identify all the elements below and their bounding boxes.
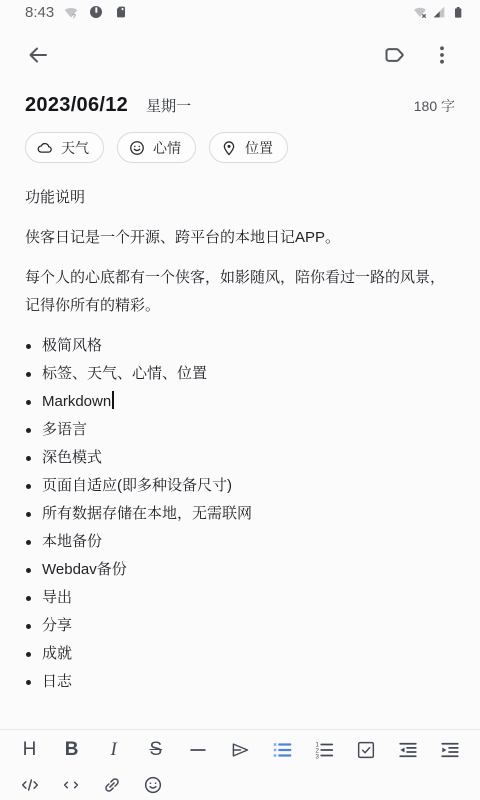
italic-button[interactable]: I <box>93 734 134 767</box>
emoji-icon <box>142 774 164 796</box>
format-toolbar-row1: H B I S <box>9 732 471 768</box>
cloud-icon <box>36 139 54 157</box>
note-bullet-list: 极简风格 标签、天气、心情、位置 Markdown 多语言 深色模式 页面自适应… <box>25 332 455 696</box>
checkbox-button[interactable] <box>346 734 387 767</box>
note-paragraph[interactable]: 功能说明 <box>25 184 455 212</box>
format-toolbar-row2 <box>9 768 471 800</box>
weather-chip[interactable]: 天气 <box>25 132 104 163</box>
svg-text:3: 3 <box>316 753 320 760</box>
list-item[interactable]: 日志 <box>25 668 455 696</box>
note-editor[interactable]: 功能说明 侠客日记是一个开源、跨平台的本地日记APP。 每个人的心底都有一个侠客… <box>0 184 480 696</box>
inline-code-icon <box>60 774 82 796</box>
more-vert-icon <box>430 43 454 67</box>
list-item[interactable]: 本地备份 <box>25 528 455 556</box>
entry-date[interactable]: 2023/06/12 <box>25 94 128 117</box>
strikethrough-button[interactable]: S <box>135 734 176 767</box>
location-icon <box>220 139 238 157</box>
checkbox-icon <box>355 739 377 761</box>
indent-icon <box>439 739 461 761</box>
code-block-button[interactable] <box>9 768 50 800</box>
horizontal-rule-icon <box>187 739 209 761</box>
word-count: 180 字 <box>414 96 455 116</box>
entry-weekday: 星期一 <box>146 95 191 116</box>
back-button[interactable] <box>18 35 58 75</box>
list-item[interactable]: 极简风格 <box>25 332 455 360</box>
app-notification-icon <box>88 4 104 20</box>
wifi-unknown-icon: ? <box>63 4 79 20</box>
overflow-menu-button[interactable] <box>422 35 462 75</box>
status-bar: 8:43 ? <box>0 0 480 24</box>
bullet-list-icon <box>271 739 293 761</box>
bold-icon: B <box>65 739 79 761</box>
list-item[interactable]: 深色模式 <box>25 444 455 472</box>
horizontal-rule-button[interactable] <box>177 734 218 767</box>
inline-code-button[interactable] <box>50 768 91 800</box>
send-icon <box>229 739 251 761</box>
location-chip-label: 位置 <box>245 138 273 158</box>
text-cursor <box>112 391 114 409</box>
emoji-button[interactable] <box>132 768 173 800</box>
mood-chip[interactable]: 心情 <box>117 132 196 163</box>
link-button[interactable] <box>91 768 132 800</box>
wifi-off-icon <box>412 4 428 20</box>
tag-button[interactable] <box>374 35 414 75</box>
label-icon <box>382 43 406 67</box>
list-item[interactable]: Markdown <box>25 388 455 416</box>
list-item[interactable]: 导出 <box>25 584 455 612</box>
heading-button[interactable]: H <box>9 734 50 767</box>
weather-chip-label: 天气 <box>61 138 89 158</box>
outdent-icon <box>397 739 419 761</box>
chips-row: 天气 心情 位置 <box>0 132 480 163</box>
list-item[interactable]: Webdav备份 <box>25 556 455 584</box>
battery-icon <box>450 4 466 20</box>
strikethrough-icon: S <box>149 739 162 761</box>
status-time: 8:43 <box>25 4 54 21</box>
numbered-list-button[interactable]: 1 2 3 <box>304 734 345 767</box>
note-paragraph[interactable]: 每个人的心底都有一个侠客，如影随风，陪你看过一路的风景，记得你所有的精彩。 <box>25 264 455 320</box>
link-icon <box>101 774 123 796</box>
list-item[interactable]: 成就 <box>25 640 455 668</box>
bold-button[interactable]: B <box>51 734 92 767</box>
note-paragraph[interactable]: 侠客日记是一个开源、跨平台的本地日记APP。 <box>25 224 455 252</box>
bullet-list-button[interactable] <box>262 734 303 767</box>
outdent-button[interactable] <box>388 734 429 767</box>
list-item[interactable]: 多语言 <box>25 416 455 444</box>
mood-chip-label: 心情 <box>153 138 181 158</box>
app-bar <box>0 30 480 80</box>
svg-text:?: ? <box>72 14 76 20</box>
send-button[interactable] <box>219 734 260 767</box>
location-chip[interactable]: 位置 <box>209 132 288 163</box>
list-item[interactable]: 页面自适应(即多种设备尺寸) <box>25 472 455 500</box>
indent-button[interactable] <box>430 734 471 767</box>
signal-strength-icon <box>431 4 447 20</box>
code-block-icon <box>19 774 41 796</box>
diary-editor-screen: { "status_bar": { "time": "8:43" }, "hea… <box>0 0 480 800</box>
italic-icon: I <box>111 739 117 761</box>
list-item[interactable]: 标签、天气、心情、位置 <box>25 360 455 388</box>
sd-card-icon <box>113 4 129 20</box>
date-row: 2023/06/12 星期一 180 字 <box>0 94 480 117</box>
list-item[interactable]: 分享 <box>25 612 455 640</box>
list-item[interactable]: 所有数据存储在本地，无需联网 <box>25 500 455 528</box>
format-toolbar: H B I S <box>0 729 480 800</box>
heading-icon: H <box>23 739 37 761</box>
mood-icon <box>128 139 146 157</box>
numbered-list-icon: 1 2 3 <box>313 739 335 761</box>
arrow-back-icon <box>26 43 50 67</box>
